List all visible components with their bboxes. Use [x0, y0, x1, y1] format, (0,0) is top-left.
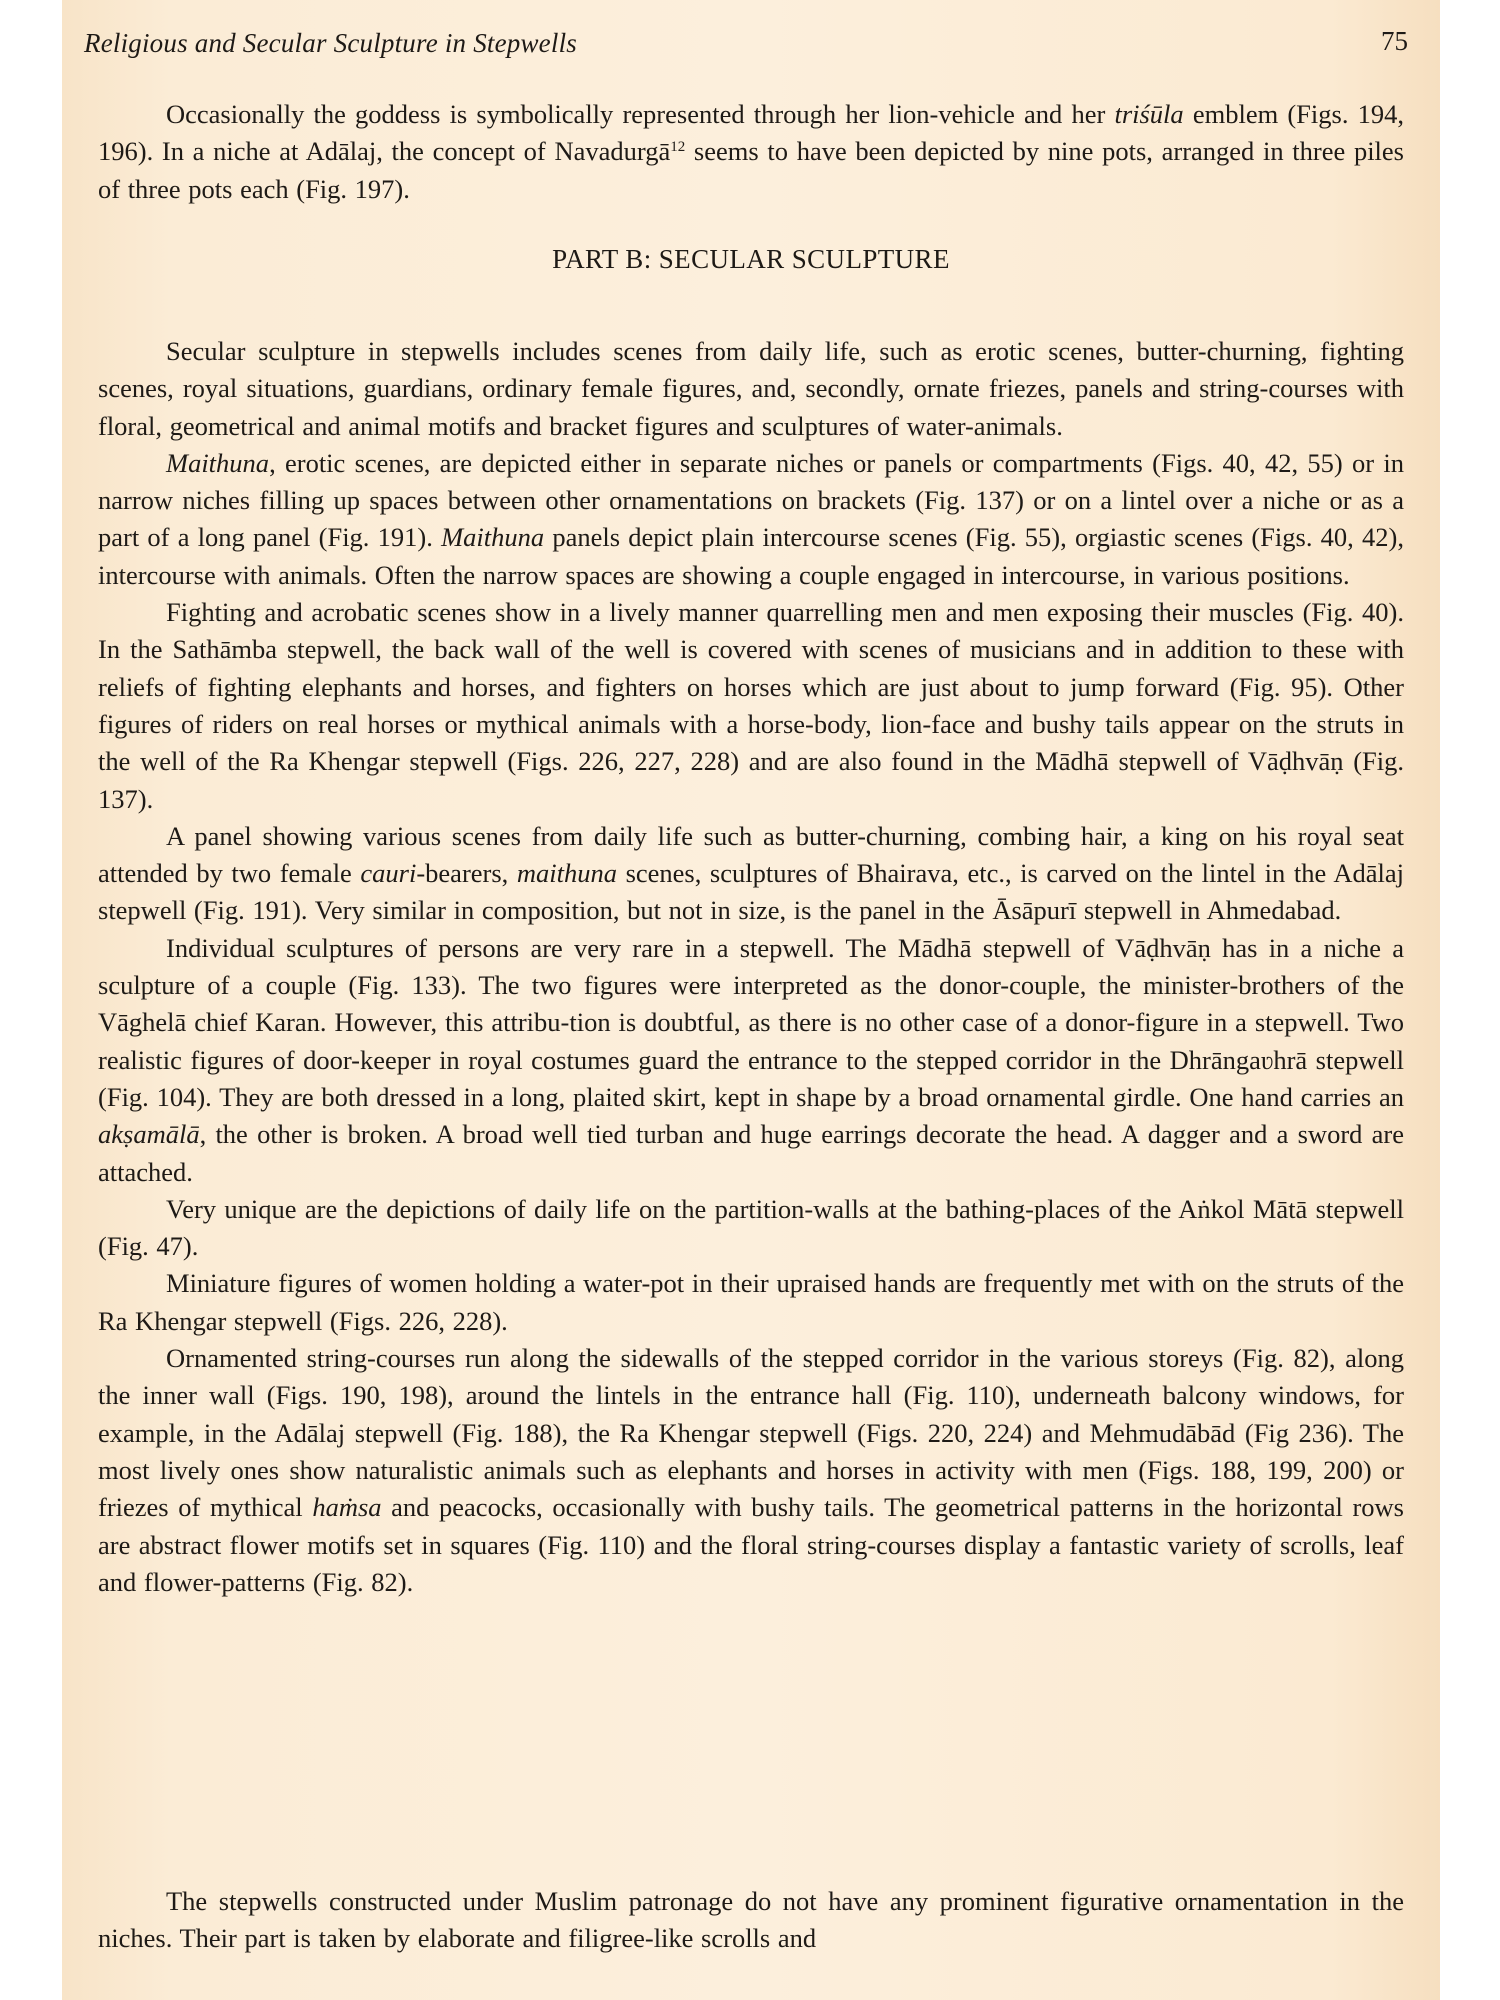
text-run: Occasionally the goddess is symbolically… — [166, 99, 1114, 129]
text-run: , the other is broken. A broad well tied… — [98, 1119, 1404, 1186]
running-head: Religious and Secular Sculpture in Stepw… — [84, 28, 1418, 68]
paragraph-goddess-symbols: Occasionally the goddess is symbolically… — [98, 96, 1404, 208]
italic-term-hamsa: haṁsa — [312, 1492, 381, 1522]
paragraph-fighting-scenes: Fighting and acrobatic scenes show in a … — [98, 594, 1404, 818]
text-run: Individual sculptures of persons are ver… — [98, 933, 1404, 1112]
book-page: Religious and Secular Sculpture in Stepw… — [62, 0, 1440, 2000]
paragraph-string-courses: Ornamented string-courses run along the … — [98, 1340, 1404, 1601]
paragraph-maithuna: Maithuna, erotic scenes, are depicted ei… — [98, 445, 1404, 594]
main-text-block: Secular sculpture in stepwells includes … — [98, 333, 1404, 1601]
closing-text-block: The stepwells constructed under Muslim p… — [98, 1883, 1404, 1958]
page-number: 75 — [1381, 26, 1408, 57]
italic-term-aksamala: akṣamālā — [98, 1119, 200, 1149]
italic-term-maithuna: maithuna — [517, 858, 617, 888]
opening-text-block: Occasionally the goddess is symbolically… — [98, 96, 1404, 208]
italic-term-maithuna: Maithuna — [441, 522, 544, 552]
section-heading: PART B: SECULAR SCULPTURE — [62, 244, 1440, 275]
paragraph-daily-life-panel: A panel showing various scenes from dail… — [98, 818, 1404, 930]
paragraph-miniature-figures: Miniature figures of women holding a wat… — [98, 1265, 1404, 1340]
paragraph-muslim-patronage: The stepwells constructed under Muslim p… — [98, 1883, 1404, 1958]
running-title: Religious and Secular Sculpture in Stepw… — [84, 28, 577, 59]
paragraph-individual-sculptures: Individual sculptures of persons are ver… — [98, 930, 1404, 1191]
text-run: -bearers, — [416, 858, 517, 888]
italic-term-maithuna: Maithuna — [166, 448, 269, 478]
footnote-marker: 12 — [670, 139, 685, 155]
paragraph-ankol-mata: Very unique are the depictions of daily … — [98, 1191, 1404, 1266]
italic-term-cauri: cauri — [360, 858, 416, 888]
paragraph-secular-intro: Secular sculpture in stepwells includes … — [98, 333, 1404, 445]
italic-term-trisula: triśūla — [1114, 99, 1183, 129]
